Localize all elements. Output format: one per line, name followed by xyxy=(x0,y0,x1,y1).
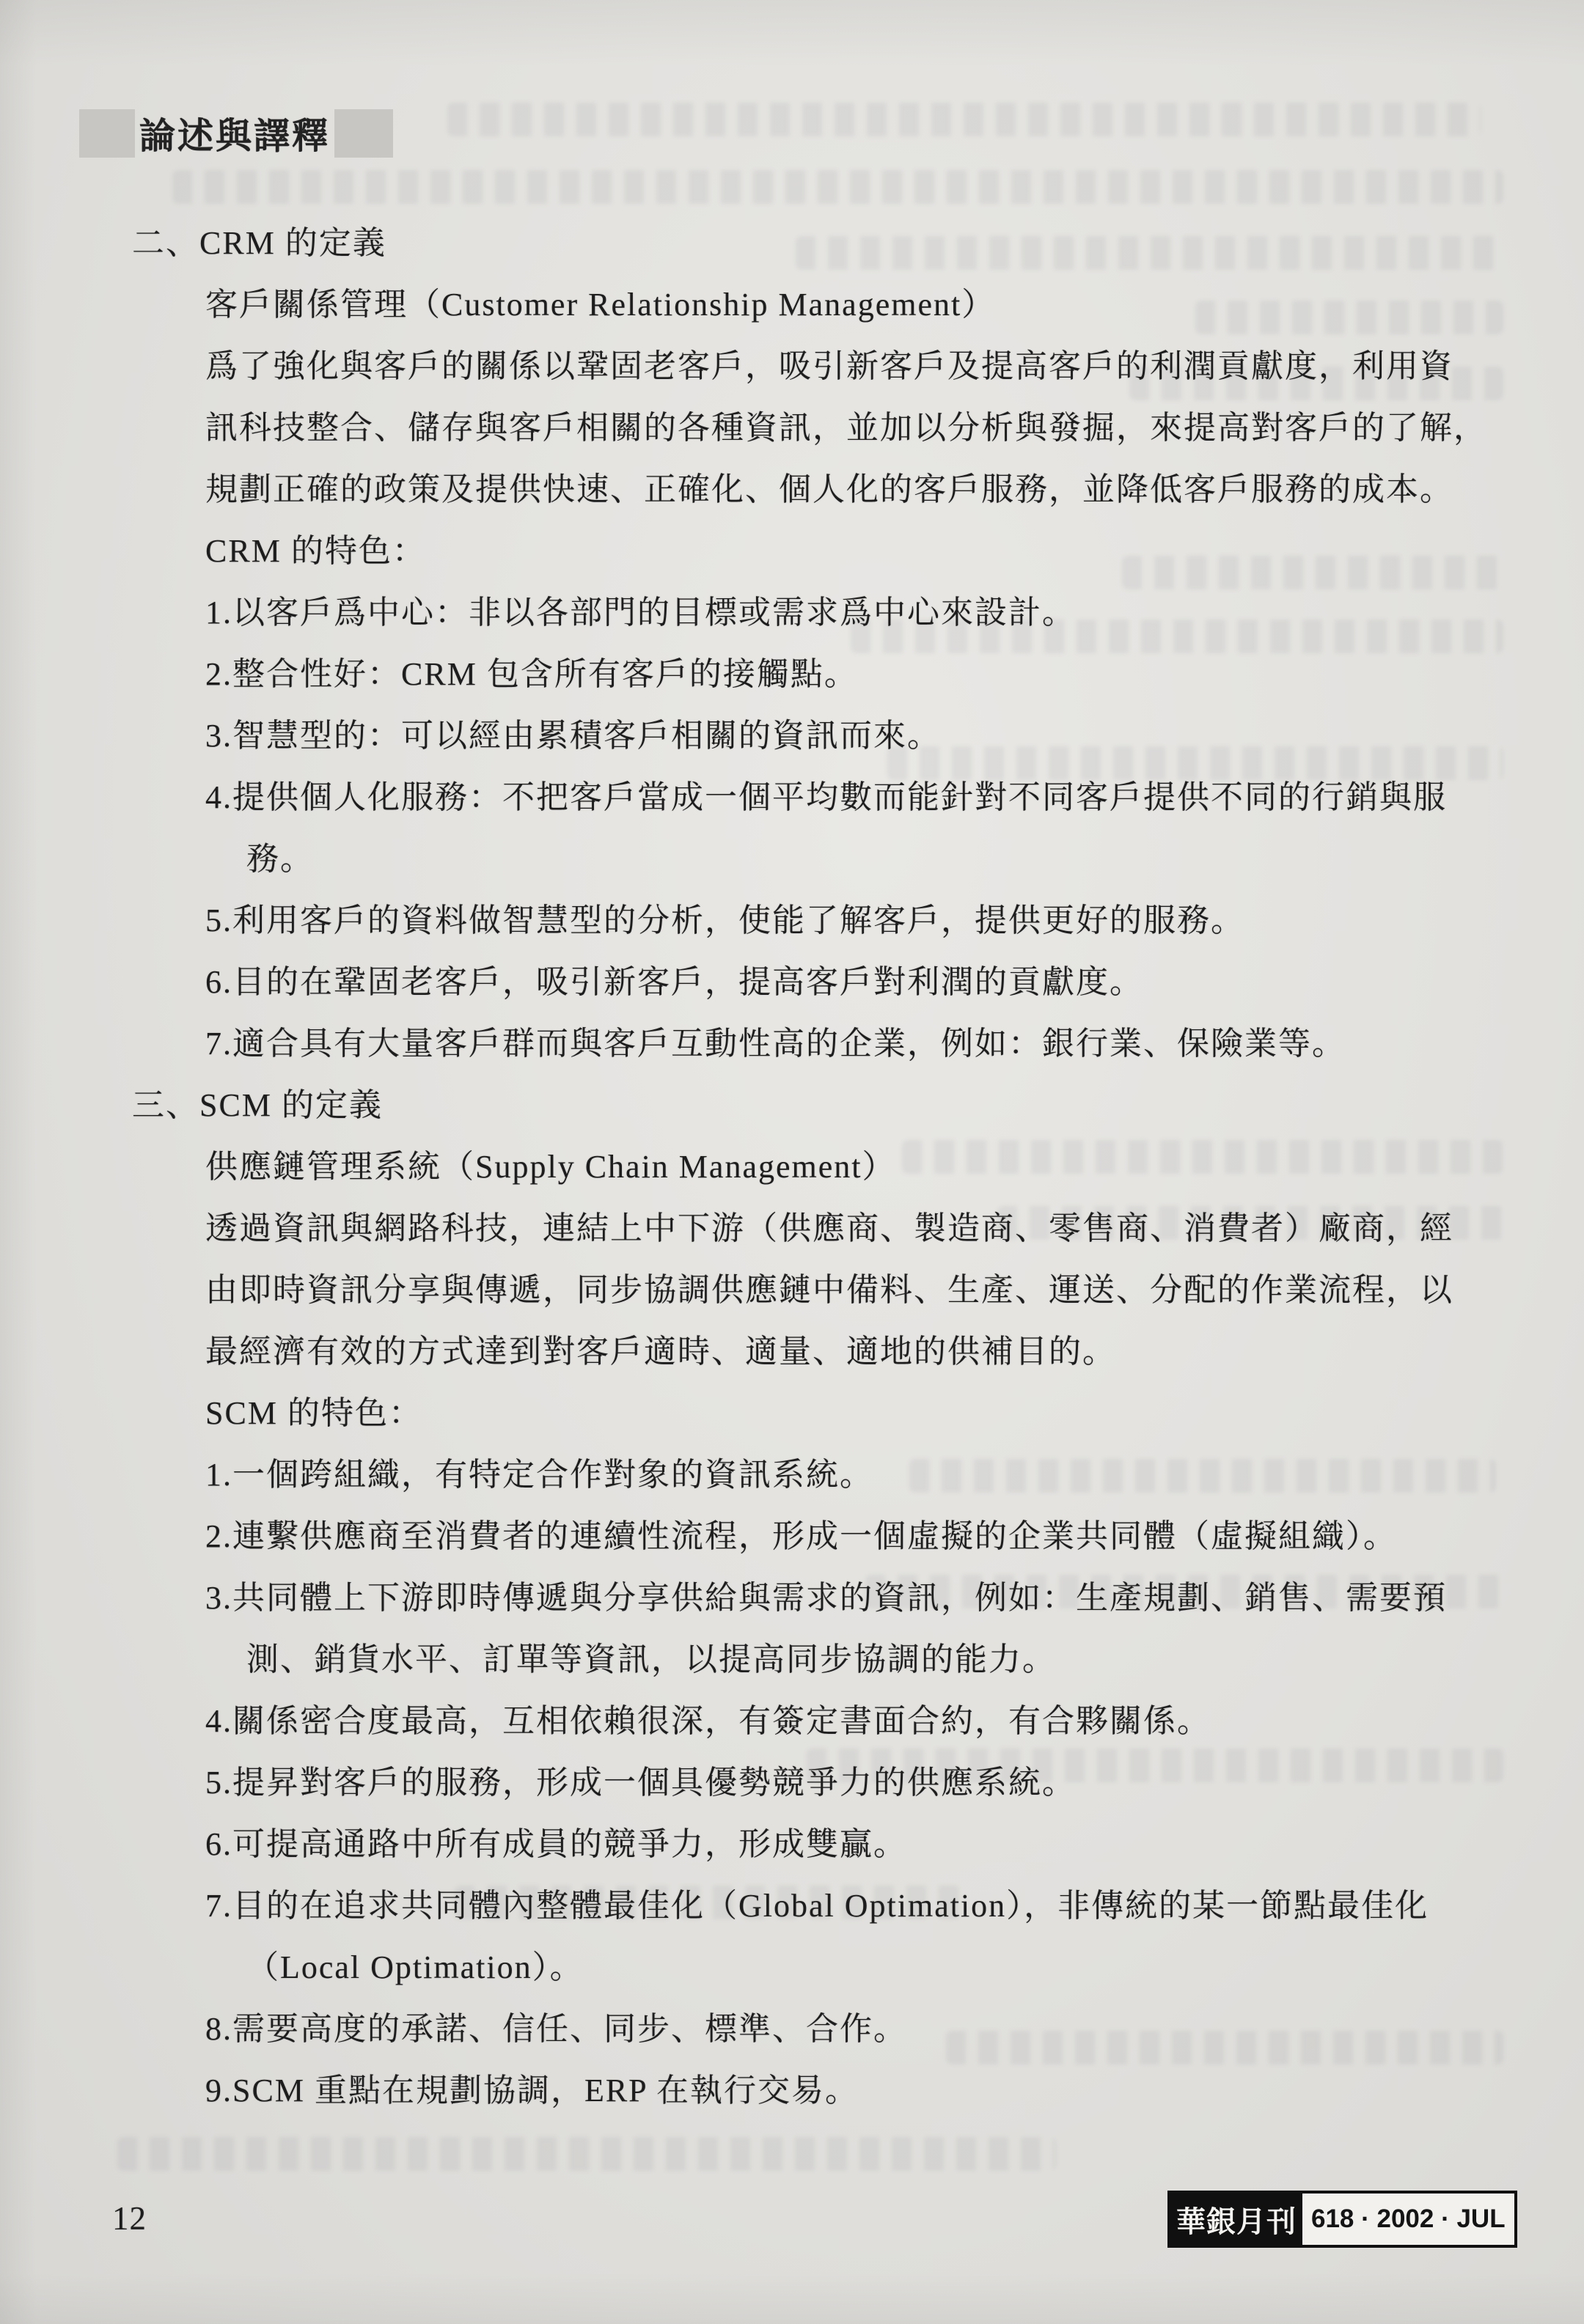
crm-feature-item: 5.利用客戶的資料做智慧型的分析，使能了解客戶，提供更好的服務。 xyxy=(205,890,1518,952)
scm-feature-item: 5.提昇對客戶的服務，形成一個具優勢競爭力的供應系統。 xyxy=(205,1752,1518,1814)
scm-definition-line: 最經濟有效的方式達到對客戶適時、適量、適地的供補目的。 xyxy=(205,1321,1518,1383)
crm-section-heading: 二、CRM 的定義 xyxy=(132,213,1518,274)
banner-right-block xyxy=(334,109,393,158)
scm-features-label: SCM 的特色： xyxy=(205,1383,1518,1444)
bleed-through-artifact xyxy=(447,103,1481,136)
crm-feature-item: 6.目的在鞏固老客戶，吸引新客戶，提高客戶對利潤的貢獻度。 xyxy=(205,952,1518,1013)
bleed-through-artifact xyxy=(117,2137,1056,2171)
scm-feature-item-wrap: 測、銷貨水平、訂單等資訊，以提高同步協調的能力。 xyxy=(246,1629,1518,1691)
scm-feature-item: 3.共同體上下游即時傳遞與分享供給與需求的資訊，例如：生產規劃、銷售、需要預 xyxy=(205,1567,1518,1629)
banner-title: 論述與譯釋 xyxy=(135,108,334,159)
crm-definition-line: 規劃正確的政策及提供快速、正確化、個人化的客戶服務，並降低客戶服務的成本。 xyxy=(205,459,1518,521)
scm-section-heading: 三、SCM 的定義 xyxy=(132,1075,1518,1136)
crm-feature-item: 1.以客戶爲中心：非以各部門的目標或需求爲中心來設計。 xyxy=(205,582,1518,644)
crm-features-label: CRM 的特色： xyxy=(205,521,1518,582)
paper-shading-bottom xyxy=(0,2273,1584,2324)
paper-shading-left xyxy=(0,0,37,2324)
scm-definition-line: 透過資訊與網路科技，連結上中下游（供應商、製造商、零售商、消費者）廠商，經 xyxy=(205,1198,1518,1260)
crm-definition-line: 爲了強化與客戶的關係以鞏固老客戶，吸引新客戶及提高客戶的利潤貢獻度，利用資 xyxy=(205,336,1518,397)
scm-definition-line: 由即時資訊分享與傳遞，同步協調供應鏈中備料、生產、運送、分配的作業流程，以 xyxy=(205,1260,1518,1321)
scm-definition-term: 供應鏈管理系統（Supply Chain Management） xyxy=(205,1136,1518,1198)
banner-left-block xyxy=(79,109,135,158)
crm-feature-item-wrap: 務。 xyxy=(246,828,1518,890)
scm-feature-item: 9.SCM 重點在規劃協調，ERP 在執行交易。 xyxy=(205,2060,1518,2122)
crm-feature-item: 4.提供個人化服務：不把客戶當成一個平均數而能針對不同客戶提供不同的行銷與服 xyxy=(205,767,1518,828)
page-number: 12 xyxy=(112,2199,147,2237)
journal-name: 華銀月刊 xyxy=(1170,2194,1302,2245)
document-body: 二、CRM 的定義 客戶關係管理（Customer Relationship M… xyxy=(205,213,1518,2122)
crm-feature-item: 2.整合性好：CRM 包含所有客戶的接觸點。 xyxy=(205,644,1518,705)
crm-definition-line: 訊科技整合、儲存與客戶相關的各種資訊，並加以分析與發掘，來提高對客戶的了解， xyxy=(205,397,1518,459)
journal-issue: 618 · 2002 · JUL xyxy=(1302,2194,1514,2245)
section-banner: 論述與譯釋 xyxy=(79,109,393,158)
scm-feature-item: 4.關係密合度最高，互相依賴很深，有簽定書面合約，有合夥關係。 xyxy=(205,1691,1518,1752)
scm-feature-item: 6.可提高通路中所有成員的競爭力，形成雙贏。 xyxy=(205,1814,1518,1875)
scanned-journal-page: { "header": { "banner": "論述與譯釋" }, "crm"… xyxy=(0,0,1584,2324)
crm-feature-item: 3.智慧型的：可以經由累積客戶相關的資訊而來。 xyxy=(205,705,1518,767)
crm-definition-term: 客戶關係管理（Customer Relationship Management） xyxy=(205,274,1518,336)
crm-feature-item: 7.適合具有大量客戶群而與客戶互動性高的企業，例如：銀行業、保險業等。 xyxy=(205,1013,1518,1075)
scm-feature-item: 1.一個跨組織，有特定合作對象的資訊系統。 xyxy=(205,1444,1518,1506)
scm-feature-item: 8.需要高度的承諾、信任、同步、標準、合作。 xyxy=(205,1998,1518,2060)
scm-feature-item: 7.目的在追求共同體內整體最佳化（Global Optimation），非傳統的… xyxy=(205,1875,1518,1937)
bleed-through-artifact xyxy=(172,170,1503,204)
scm-feature-item: 2.連繫供應商至消費者的連續性流程，形成一個虛擬的企業共同體（虛擬組織）。 xyxy=(205,1506,1518,1567)
scm-feature-item-wrap: （Local Optimation）。 xyxy=(246,1937,1518,1998)
journal-badge: 華銀月刊 618 · 2002 · JUL xyxy=(1167,2191,1517,2248)
paper-shading-top xyxy=(0,0,1584,66)
